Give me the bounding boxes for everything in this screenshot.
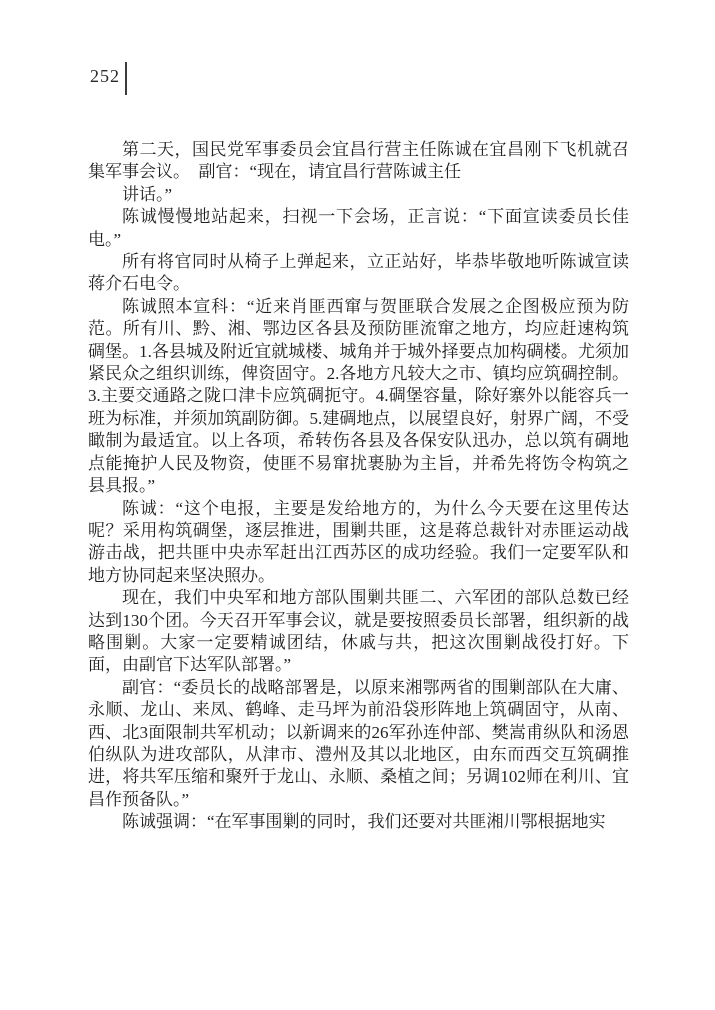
paragraph: 陈诚强调：“在军事围剿的同时，我们还要对共匪湘川鄂根据地实	[88, 811, 629, 833]
page-body: 第二天，国民党军事委员会宜昌行营主任陈诚在宜昌刚下飞机就召集军事会议。 副官：“…	[88, 139, 629, 834]
paragraph: 陈诚慢慢地站起来，扫视一下会场，正言说：“下面宣读委员长佳电。”	[88, 206, 629, 251]
paragraph: 陈诚照本宣科：“近来肖匪西窜与贺匪联合发展之企图极应预为防范。所有川、黔、湘、鄂…	[88, 296, 629, 498]
page-number: 252	[90, 66, 120, 87]
paragraph: 现在，我们中央军和地方部队围剿共匪二、六军团的部队总数已经达到130个团。今天召…	[88, 587, 629, 677]
paragraph: 副官：“委员长的战略部署是，以原来湘鄂两省的围剿部队在大庸、永顺、龙山、来凤、鹤…	[88, 677, 629, 811]
paragraph: 第二天，国民党军事委员会宜昌行营主任陈诚在宜昌刚下飞机就召集军事会议。 副官：“…	[88, 139, 629, 184]
paragraph: 所有将官同时从椅子上弹起来，立正站好，毕恭毕敬地听陈诚宣读蒋介石电令。	[88, 251, 629, 296]
paragraph: 讲话。”	[88, 184, 629, 206]
paragraph: 陈诚：“这个电报，主要是发给地方的，为什么今天要在这里传达呢？采用构筑碉堡，逐层…	[88, 498, 629, 588]
page-number-divider	[125, 62, 127, 95]
book-page: 252 第二天，国民党军事委员会宜昌行营主任陈诚在宜昌刚下飞机就召集军事会议。 …	[0, 0, 715, 1010]
